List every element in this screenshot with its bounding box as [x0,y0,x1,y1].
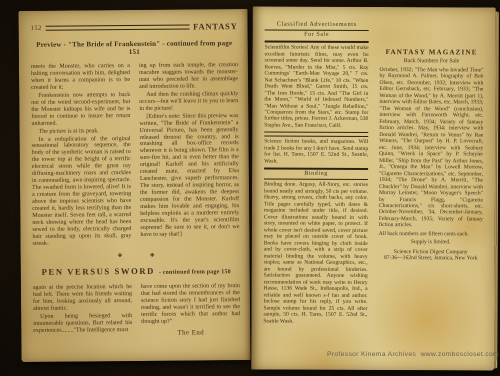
watermark-archive-name: Professor Kinema Archives [327,351,416,358]
classified-ads-heading: Classified Advertisements [265,21,369,31]
pen-column-1: again at the precise location which he h… [33,284,132,338]
pen-article-columns: again at the precise location which he h… [33,283,240,338]
for-sale-section-heading: For Sale [265,30,369,42]
printer-ornament-icon: ❖ [117,253,122,259]
supply-note: Supply is limited. [379,239,483,246]
pen-title: PEN VERSUS SWORD [42,266,155,277]
watermark-website: www.zomboscloset.com [420,351,499,358]
paragraph: The picture is at its peak. [31,128,130,136]
header-rule [46,24,189,30]
right-page-columns: Classified Advertisements For Sale Scien… [263,21,483,327]
section-divider [264,131,368,136]
magazine-title: FANTASY [193,21,238,31]
magazine-page-right: Classified Advertisements For Sale Scien… [251,6,496,370]
archive-watermark: Professor Kinema Archives www.zombosclos… [327,351,499,358]
paragraph: Frankenstein now attempts to back out of… [31,92,130,128]
classifieds-column: Classified Advertisements For Sale Scien… [263,21,368,326]
paragraph: [Editor's note: Since this preview was w… [139,113,239,239]
paragraph: And then the crashing climax quickly occ… [139,91,238,113]
magazine-page-left: 152 FANTASY Preview - "The Bride of Fran… [18,9,250,362]
back-numbers-subheading: Back Numbers For Sale [380,58,484,65]
publisher-address: 87-36—162nd Street, Jamaica, New York [379,255,483,262]
fantasy-magazine-heading: FANTASY MAGAZINE [380,48,484,57]
back-numbers-block: FANTASY MAGAZINE Back Numbers For Sale O… [379,48,484,262]
pen-continued-note: - continued from page 150 [159,269,231,276]
bride-column-1: meets the Monster, who carries on a halt… [31,63,132,249]
article-heading-bride: Preview - "The Bride of Frankenstein" - … [31,39,238,57]
back-numbers-column: FANTASY MAGAZINE Back Numbers For Sale O… [378,21,483,326]
printer-ornament-icon: ❖ [150,253,155,259]
bride-column-2: ing up from each temple, the creation ma… [139,62,240,248]
bride-article-columns: meets the Monster, who carries on a halt… [31,62,240,249]
paragraph: have come upon the section of my brain t… [141,283,240,326]
ornament-row: ❖ ❖ [33,252,240,260]
price-note: All back numbers are fifteen cents each. [379,231,483,238]
ad-science-fiction-books: Science fiction books, and magazines. Wi… [264,139,368,165]
paragraph: ing up from each temple, the creation ma… [139,62,238,91]
page-number: 152 [31,24,42,31]
binding-section-heading: Binding [264,167,368,179]
paragraph: meets the Monster, who carries on a halt… [31,63,130,92]
ad-scientifilm-stories: Scientifilm Stories! Any of these would … [264,45,368,130]
running-header: 152 FANTASY [31,21,238,33]
article-heading-pen-versus-sword: PEN VERSUS SWORD - continued from page 1… [33,260,240,280]
back-numbers-listing: October, 1932; "The Man who Invaded Time… [379,67,484,230]
ad-binding-service: Binding done. Argosy, All-Story, etc. st… [263,182,368,325]
the-end-label: The End [141,329,240,338]
paragraph: In a reduplication of the original sensa… [32,136,132,248]
photo-background: 152 FANTASY Preview - "The Bride of Fran… [0,0,500,376]
paragraph: Upon being besieged with innumerable que… [33,313,132,335]
paragraph: again at the precise location which he h… [33,284,132,313]
pen-column-2: have come upon the section of my brain t… [141,283,240,337]
